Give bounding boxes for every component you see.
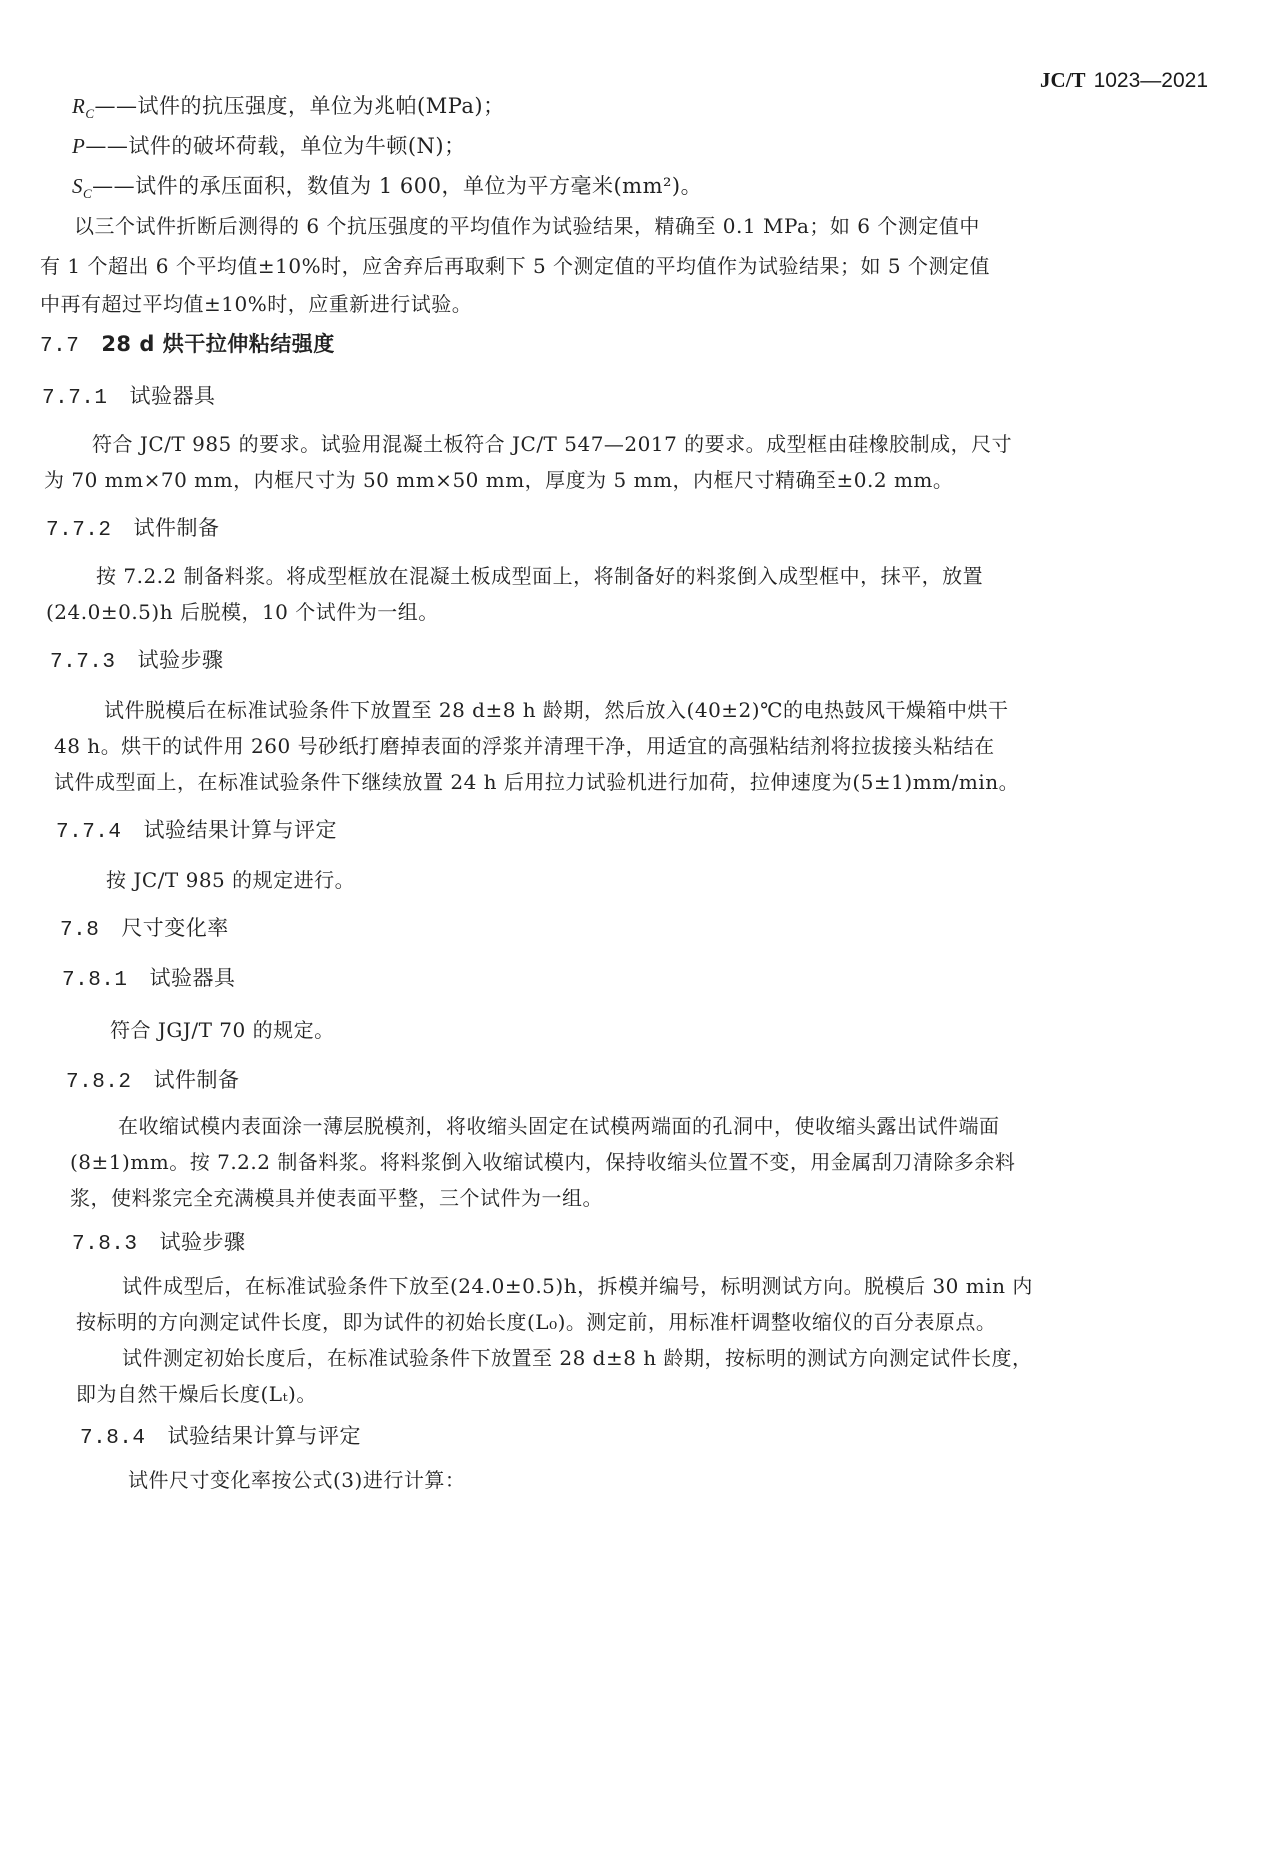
paragraph-line: 以三个试件折断后测得的 6 个抗压强度的平均值作为试验结果，精确至 0.1 MP… [74, 210, 980, 239]
section-heading-7-8-3: 7.8.3试验步骤 [72, 1226, 246, 1256]
paragraph-line: 试件成型后，在标准试验条件下放至(24.0±0.5)h，拆模并编号，标明测试方向… [122, 1270, 1033, 1299]
paragraph-line: 试件成型面上，在标准试验条件下继续放置 24 h 后用拉力试验机进行加荷，拉伸速… [54, 766, 1019, 795]
section-heading-7-7: 7.728 d 烘干拉伸粘结强度 [40, 328, 335, 358]
paragraph-line: 中再有超过平均值±10%时，应重新进行试验。 [40, 288, 472, 317]
section-heading-7-7-1: 7.7.1试验器具 [42, 380, 216, 410]
section-heading-7-7-3: 7.7.3试验步骤 [50, 644, 224, 674]
section-heading-7-7-4: 7.7.4试验结果计算与评定 [56, 814, 337, 844]
paragraph-line: 即为自然干燥后长度(Lₜ)。 [76, 1378, 317, 1407]
definition-p: P——试件的破坏荷载，单位为牛顿(N)； [72, 130, 466, 160]
standard-number: 1023—2021 [1094, 69, 1208, 92]
paragraph-line: 试件测定初始长度后，在标准试验条件下放置至 28 d±8 h 龄期，按标明的测试… [122, 1342, 1033, 1371]
section-heading-7-8-2: 7.8.2试件制备 [66, 1064, 240, 1094]
paragraph-line: 试件尺寸变化率按公式(3)进行计算： [128, 1464, 465, 1493]
paragraph-line: 符合 JC/T 985 的要求。试验用混凝土板符合 JC/T 547—2017 … [92, 428, 1012, 457]
paragraph-line: 按 7.2.2 制备料浆。将成型框放在混凝土板成型面上，将制备好的料浆倒入成型框… [96, 560, 983, 589]
paragraph-line: (8±1)mm。按 7.2.2 制备料浆。将料浆倒入收缩试模内，保持收缩头位置不… [70, 1146, 1015, 1175]
paragraph-line: 符合 JGJ/T 70 的规定。 [110, 1014, 335, 1043]
paragraph-line: 为 70 mm×70 mm，内框尺寸为 50 mm×50 mm，厚度为 5 mm… [44, 464, 953, 493]
definition-rc: RC——试件的抗压强度，单位为兆帕(MPa)； [72, 90, 505, 122]
section-heading-7-8-4: 7.8.4试验结果计算与评定 [80, 1420, 361, 1450]
paragraph-line: 按 JC/T 985 的规定进行。 [106, 864, 355, 893]
section-heading-7-8: 7.8尺寸变化率 [60, 912, 229, 942]
definition-sc: SC——试件的承压面积，数值为 1 600，单位为平方毫米(mm²)。 [72, 170, 702, 202]
section-heading-7-8-1: 7.8.1试验器具 [62, 962, 236, 992]
paragraph-line: 试件脱模后在标准试验条件下放置至 28 d±8 h 龄期，然后放入(40±2)℃… [104, 694, 1008, 723]
paragraph-line: (24.0±0.5)h 后脱模，10 个试件为一组。 [46, 596, 439, 625]
paragraph-line: 有 1 个超出 6 个平均值±10%时，应舍弃后再取剩下 5 个测定值的平均值作… [40, 250, 990, 279]
section-heading-7-7-2: 7.7.2试件制备 [46, 512, 220, 542]
paragraph-line: 在收缩试模内表面涂一薄层脱模剂，将收缩头固定在试模两端面的孔洞中，使收缩头露出试… [118, 1110, 1000, 1139]
standard-code-header: JC/T1023—2021 [1040, 68, 1208, 93]
paragraph-line: 按标明的方向测定试件长度，即为试件的初始长度(L₀)。测定前，用标准杆调整收缩仪… [76, 1306, 996, 1335]
standard-prefix: JC/T [1040, 68, 1086, 92]
paragraph-line: 48 h。烘干的试件用 260 号砂纸打磨掉表面的浮浆并清理干净，用适宜的高强粘… [54, 730, 995, 759]
paragraph-line: 浆，使料浆完全充满模具并使表面平整，三个试件为一组。 [70, 1182, 603, 1211]
